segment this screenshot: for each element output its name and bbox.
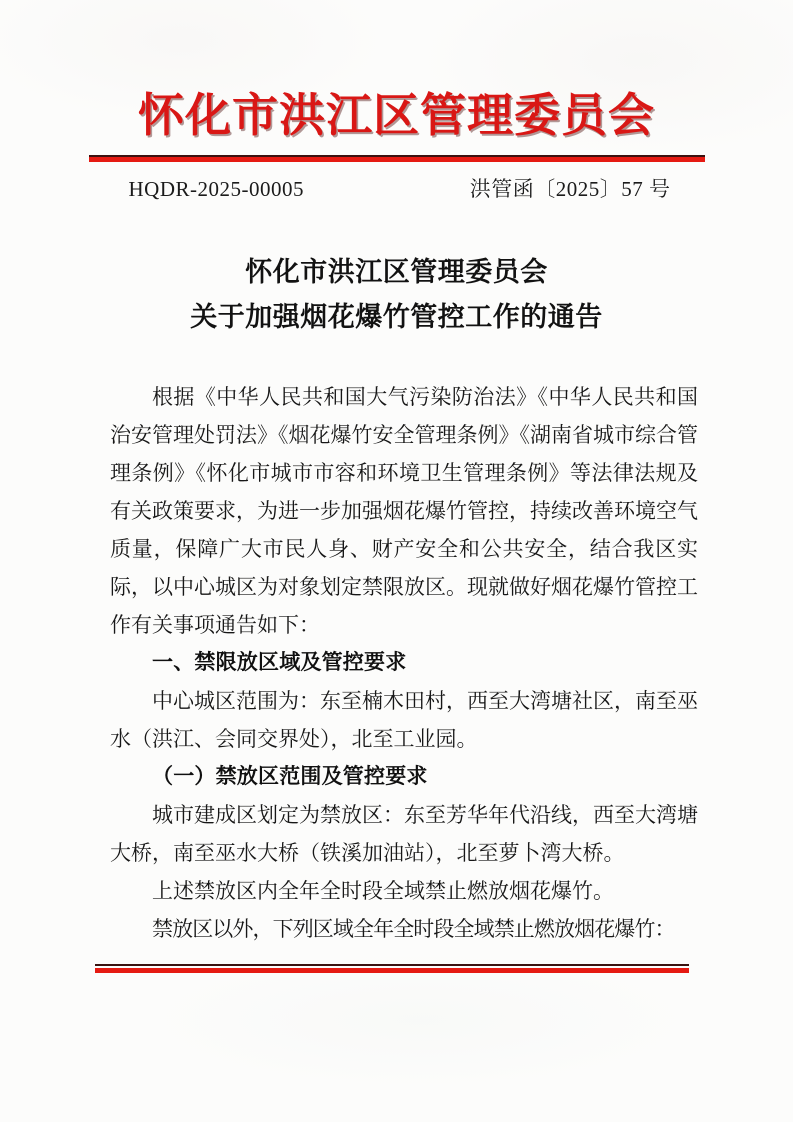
notice-body: 根据《中华人民共和国大气污染防治法》《中华人民共和国治安管理处罚法》《烟花爆竹安…	[110, 378, 698, 948]
footer-rule	[95, 964, 689, 973]
paragraph-legal-basis: 根据《中华人民共和国大气污染防治法》《中华人民共和国治安管理处罚法》《烟花爆竹安…	[110, 378, 698, 644]
letterhead-rule	[89, 155, 705, 162]
paragraph-central-city-scope: 中心城区范围为：东至楠木田村，西至大湾塘社区，南至巫水（洪江、会同交界处），北至…	[110, 682, 698, 758]
paragraph-ban-zone-boundaries: 城市建成区划定为禁放区：东至芳华年代沿线，西至大湾塘大桥，南至巫水大桥（铁溪加油…	[110, 796, 698, 872]
footer-rule-red-line	[95, 968, 689, 973]
paragraph-ban-zone-rule: 上述禁放区内全年全时段全域禁止燃放烟花爆竹。	[110, 872, 698, 910]
section-heading-ban-zone-scope: （一）禁放区范围及管控要求	[110, 758, 698, 796]
letterhead: 怀化市洪江区管理委员会	[0, 86, 793, 162]
document-page: 怀化市洪江区管理委员会 HQDR-2025-00005 洪管函〔2025〕57 …	[0, 0, 793, 1122]
agency-name: 怀化市洪江区管理委员会	[0, 86, 793, 146]
paragraph-outside-ban-zone: 禁放区以外，下列区域全年全时段全域禁止燃放烟花爆竹：	[110, 910, 698, 948]
doc-code: HQDR-2025-00005	[129, 174, 305, 204]
section-heading-zones-requirements: 一、禁限放区域及管控要求	[110, 644, 698, 682]
doc-number: 洪管函〔2025〕57 号	[470, 174, 671, 204]
doc-meta-row: HQDR-2025-00005 洪管函〔2025〕57 号	[89, 174, 705, 204]
notice-title-line2: 关于加强烟花爆竹管控工作的通告	[0, 295, 793, 340]
notice-title: 怀化市洪江区管理委员会 关于加强烟花爆竹管控工作的通告	[0, 250, 793, 340]
notice-title-line1: 怀化市洪江区管理委员会	[0, 250, 793, 295]
letterhead-rule-red-line	[89, 157, 705, 162]
